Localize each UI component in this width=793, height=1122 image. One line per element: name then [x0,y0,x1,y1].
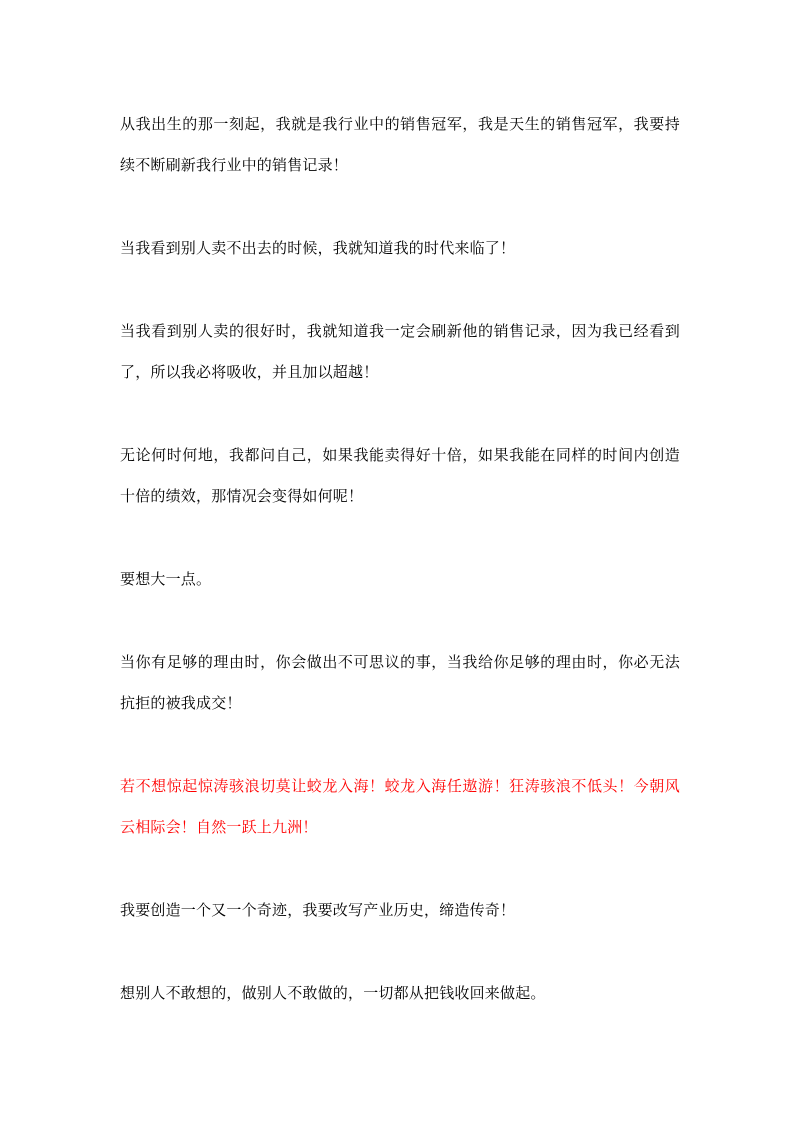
paragraph-4: 无论何时何地，我都问自己，如果我能卖得好十倍，如果我能在同样的时间内创造十倍的绩… [120,435,680,517]
paragraph-8: 我要创造一个又一个奇迹，我要改写产业历史，缔造传奇！ [120,890,680,931]
paragraph-2: 当我看到别人卖不出去的时候，我就知道我的时代来临了！ [120,228,680,269]
paragraph-9: 想别人不敢想的，做别人不敢做的，一切都从把钱收回来做起。 [120,973,680,1014]
paragraph-1: 从我出生的那一刻起，我就是我行业中的销售冠军，我是天生的销售冠军，我要持续不断刷… [120,104,680,186]
document-page: 从我出生的那一刻起，我就是我行业中的销售冠军，我是天生的销售冠军，我要持续不断刷… [120,104,680,1056]
paragraph-3: 当我看到别人卖的很好时，我就知道我一定会刷新他的销售记录，因为我已经看到了，所以… [120,311,680,393]
paragraph-5: 要想大一点。 [120,559,680,600]
paragraph-6: 当你有足够的理由时，你会做出不可思议的事，当我给你足够的理由时，你必无法抗拒的被… [120,642,680,724]
highlighted-paragraph: 若不想惊起惊涛骇浪切莫让蛟龙入海！蛟龙入海任遨游！狂涛骇浪不低头！今朝风云相际会… [120,766,680,848]
